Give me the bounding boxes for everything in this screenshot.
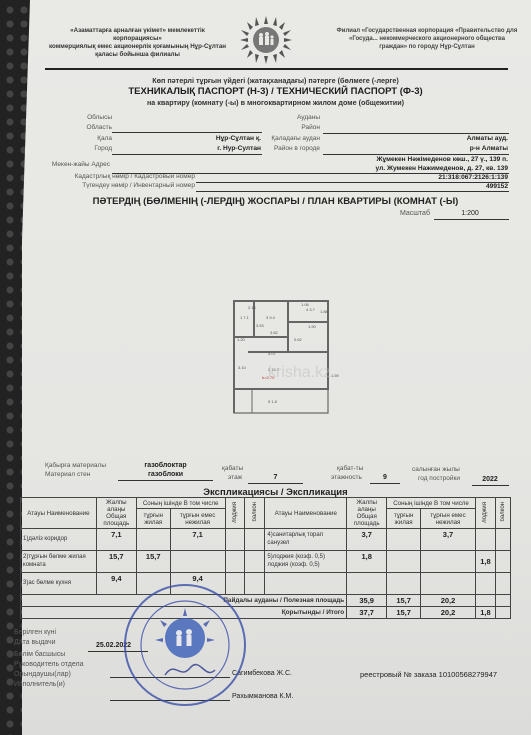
doc-subtitle-kz: Көп пәтерлі тұрғын үйдегі (жатақханадағы… — [40, 76, 511, 85]
wall-material-value-kz: газоблоктар — [118, 462, 213, 469]
floor-value: 7 — [248, 474, 303, 481]
head-label-ru: Руководитель отдела — [14, 660, 83, 670]
left-org-header: «Азаматтарға арналған үкімет» мемлекетті… — [45, 27, 230, 59]
doc-subtitle-ru: на квартиру (комнату (-ы) в многоквартир… — [40, 98, 511, 107]
city-label-kz: Қала — [60, 135, 112, 142]
svg-text:1 7.1: 1 7.1 — [240, 315, 250, 320]
table-row: 3)ас бөлме кухня 9,4 9,4 — [21, 573, 511, 595]
inventory-label: Түгендеу нөмір / Инвентарный номер — [30, 182, 195, 189]
header-divider — [45, 68, 508, 70]
sun-family-emblem-icon — [236, 14, 296, 66]
official-round-stamp-icon — [120, 580, 250, 710]
wall-material-label-kz: Қабырға материалы — [45, 462, 106, 469]
city-value-kz: Нұр-Сұлтан қ. — [112, 135, 261, 142]
oblast-field-line — [112, 132, 262, 133]
table-row: 1)дәліз коридор 7,1 7,1 4)санитарлық тор… — [21, 529, 511, 551]
scale-label: Масштаб — [400, 210, 430, 217]
svg-text:0.62: 0.62 — [294, 337, 303, 342]
city-district-label-kz: Қаладағы аудан — [240, 135, 320, 142]
city-district-field-line — [323, 154, 509, 155]
table-header-row: Атауы Наименование Жалпы алаңы Общая пло… — [21, 498, 511, 509]
svg-text:5.07: 5.07 — [268, 351, 277, 356]
inventory-value: 499152 — [300, 183, 508, 190]
org-line: граждан» по городу Нұр-Сұлтан — [332, 43, 522, 51]
address-value-kz: Жұмекен Нәжімеденов көш., 27 ү., 139 п. — [300, 156, 508, 163]
district-field-line — [323, 133, 509, 134]
svg-text:3 9.4: 3 9.4 — [266, 315, 276, 320]
floor-line — [248, 483, 303, 484]
useful-area-row: Пайдалы ауданы / Полезная площадь 35,9 1… — [21, 595, 511, 607]
cadastral-value: 21:318:067:2126:1:139 — [300, 174, 508, 181]
issue-date-label-kz: Берілген күні — [14, 628, 56, 638]
city-field-line — [112, 154, 262, 155]
right-org-header: Филиал «Государственная корпорация «Прав… — [332, 27, 522, 51]
oblast-label-ru: Область — [60, 124, 112, 131]
executor-label-ru: Исполнитель(и) — [14, 680, 65, 690]
floors-line — [370, 483, 400, 484]
inventory-field-line — [196, 191, 509, 192]
org-line: Филиал «Государственная корпорация «Прав… — [332, 27, 522, 35]
svg-text:4 3.7: 4 3.7 — [306, 307, 316, 312]
explication-table: Атауы Наименование Жалпы алаңы Общая пло… — [20, 497, 511, 619]
oblast-label-kz: Облысы — [60, 114, 112, 121]
year-label-ru: год постройки — [418, 475, 460, 482]
executor-label-kz: Орындаушы(лар) — [14, 670, 71, 680]
year-label-kz: салынған жылы — [412, 466, 460, 473]
svg-text:krisha.kz: krisha.kz — [268, 364, 331, 381]
cadastral-label: Кадастрлық нөмір / Кадастровый номер — [30, 173, 195, 180]
doc-title: ТЕХНИКАЛЫҚ ПАСПОРТ (Н-3) / ТЕХНИЧЕСКИЙ П… — [40, 86, 511, 97]
org-line: коммерциялық емес акционерлік қоғамының … — [45, 43, 230, 51]
svg-text:3.82: 3.82 — [270, 330, 279, 335]
svg-text:1.88: 1.88 — [320, 309, 329, 314]
scale-value: 1:200 — [440, 210, 500, 217]
plan-title: ПӘТЕРДІҢ (БӨЛМЕНІҢ (-ЛЕРДІҢ) ЖОСПАРЫ / П… — [40, 196, 511, 207]
total-row: Қорытынды / Итого 37,7 15,7 20,2 1,8 — [21, 607, 511, 619]
city-value-ru: г. Нур-Султан — [112, 145, 261, 152]
svg-text:1.90: 1.90 — [308, 324, 317, 329]
year-line — [472, 485, 509, 486]
floor-label-kz: қабаты — [222, 465, 243, 472]
org-line: «Госуда... некоммерческого акционерного … — [332, 35, 522, 43]
svg-text:3.53: 3.53 — [256, 323, 265, 328]
wall-material-line — [118, 480, 213, 481]
org-line: қаласы бойынша филиалы — [45, 51, 230, 59]
svg-text:1.06: 1.06 — [301, 302, 310, 307]
svg-text:1.59: 1.59 — [331, 373, 340, 378]
issue-date-label-ru: Дата выдачи — [14, 638, 56, 648]
district-label-kz: Ауданы — [250, 114, 320, 121]
svg-text:5 1.8: 5 1.8 — [268, 399, 278, 404]
org-line: «Азаматтарға арналған үкімет» мемлекетті… — [45, 27, 230, 43]
svg-text:2.14: 2.14 — [248, 305, 257, 310]
head-label-kz: Бөлім басшысы — [14, 650, 65, 660]
address-value-ru: ул. Жумекен Нажимеденов, д. 27, кв. 139 — [300, 165, 508, 172]
wall-material-label-ru: Материал стен — [45, 471, 90, 478]
floors-label-ru: этажность — [331, 474, 362, 481]
year-value: 2022 — [472, 476, 508, 483]
table-row: 2)тұрғын бөлме жилая комната 15,7 15,7 5… — [21, 551, 511, 573]
wall-material-value-ru: газоблоки — [118, 471, 213, 478]
city-district-value-ru: р-н Алматы — [323, 145, 508, 152]
floor-plan-drawing: 1 7.1 3 9.4 4 3.7 2 15.7 5 1.8 1.20 2.14… — [228, 297, 340, 415]
address-label: Мекен-жайы Адрес — [30, 161, 110, 168]
floor-label-ru: этаж — [228, 474, 242, 481]
city-district-label-ru: Район в городе — [240, 145, 320, 152]
city-label-ru: Город — [60, 145, 112, 152]
svg-text:3.10: 3.10 — [238, 365, 247, 370]
scale-field-line — [434, 219, 509, 220]
floors-label-kz: қабат-ты — [337, 465, 363, 472]
district-label-ru: Район — [250, 124, 320, 131]
registry-number: реестровый № заказа 10100568279947 — [360, 670, 497, 679]
svg-text:1.20: 1.20 — [237, 337, 246, 342]
floors-value: 9 — [370, 474, 400, 481]
city-district-value-kz: Алматы ауд. — [323, 135, 508, 142]
